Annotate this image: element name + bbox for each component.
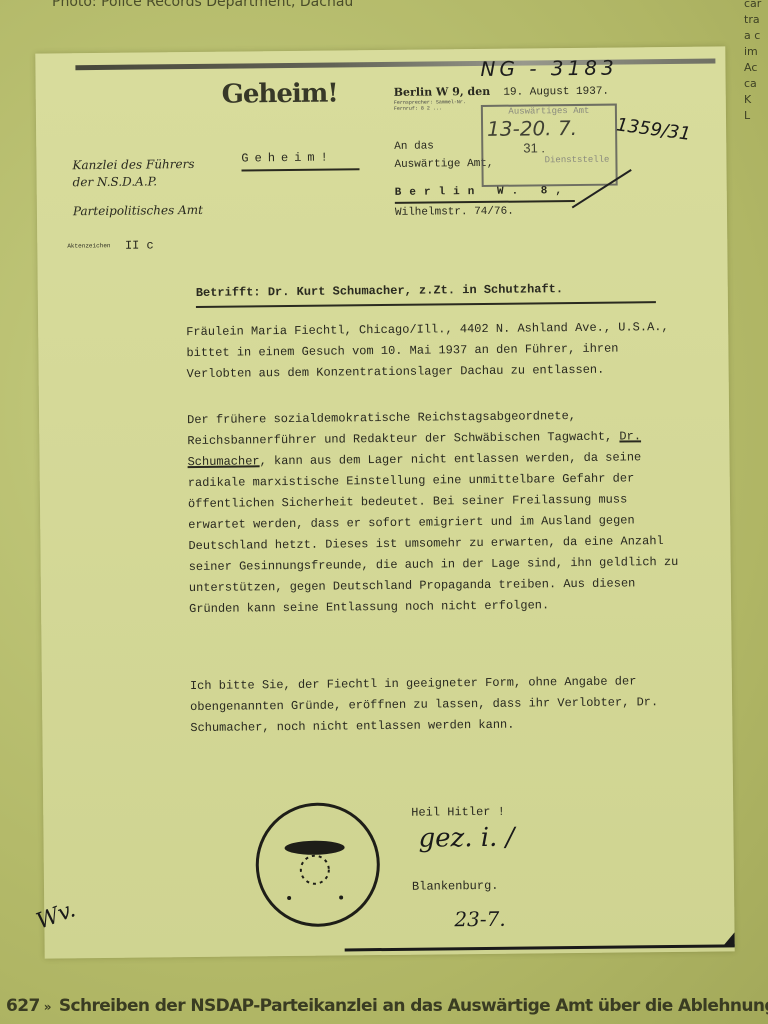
handwritten-initials: 23-7. bbox=[454, 907, 506, 932]
document-sheet: Geheim! NG - 3183 Kanzlei des Führers de… bbox=[35, 46, 734, 958]
bottom-rule bbox=[345, 944, 735, 951]
sender-line-1: Kanzlei des Führers bbox=[72, 156, 202, 174]
sender-line-3: Parteipolitisches Amt bbox=[73, 202, 203, 220]
closing: Heil Hitler ! bbox=[411, 801, 505, 824]
caption-text: Schreiben der NSDAP-Parteikanzlei an das… bbox=[59, 996, 768, 1016]
receipt-handwritten-extra: 1359/31 bbox=[615, 114, 692, 144]
handwritten-signature: gez. i. / bbox=[418, 823, 514, 854]
top-copy-edge bbox=[75, 59, 715, 71]
right-column-text-fragments: car tra a c im Ac ca K L bbox=[744, 0, 768, 124]
receipt-handwritten-sub: 31 . bbox=[523, 140, 615, 156]
sender-block: Kanzlei des Führers der N.S.D.A.P. Parte… bbox=[72, 156, 203, 220]
ref-code-label: Aktenzeichen bbox=[67, 242, 110, 249]
paragraph-3: Ich bitte Sie, der Fiechtl in geeigneter… bbox=[190, 671, 691, 739]
ref-code: Aktenzeichen II c bbox=[67, 238, 154, 253]
caption-number: 627 bbox=[6, 996, 40, 1016]
date-value: 19. August 1937. bbox=[503, 86, 609, 99]
classification: Geheim! bbox=[241, 150, 359, 171]
eagle-seal-icon bbox=[258, 805, 371, 918]
sender-line-2: der N.S.D.A.P. bbox=[73, 173, 203, 191]
date-place: Berlin W 9, den bbox=[394, 85, 491, 99]
receipt-stamp-footer: Dienststelle bbox=[483, 155, 609, 166]
paragraph-2: Der frühere sozialdemokratische Reichsta… bbox=[187, 405, 689, 620]
receipt-stamp: Auswärtiges Amt 13-20. 7. 31 . Dienstste… bbox=[481, 104, 618, 187]
receipt-handwritten-date: 13-20. 7. bbox=[487, 116, 615, 141]
paragraph-1: Fräulein Maria Fiechtl, Chicago/Ill., 44… bbox=[186, 317, 687, 385]
recipient-line-4: Wilhelmstr. 74/76. bbox=[395, 202, 575, 222]
page-header-caption: Photo: Police Records Department, Dachau bbox=[52, 0, 353, 10]
signer-name: Blankenburg. bbox=[412, 879, 499, 894]
figure-caption: 627»Schreiben der NSDAP-Parteikanzlei an… bbox=[6, 996, 768, 1016]
caption-arrow-icon: » bbox=[44, 1000, 51, 1014]
margin-note: Wv. bbox=[33, 897, 79, 934]
ref-code-value: II c bbox=[125, 238, 154, 252]
geheim-stamp: Geheim! bbox=[222, 78, 338, 109]
official-seal bbox=[255, 802, 380, 927]
subject-line: Betrifft: Dr. Kurt Schumacher, z.Zt. in … bbox=[196, 281, 656, 308]
reference-number: NG - 3183 bbox=[480, 56, 618, 81]
